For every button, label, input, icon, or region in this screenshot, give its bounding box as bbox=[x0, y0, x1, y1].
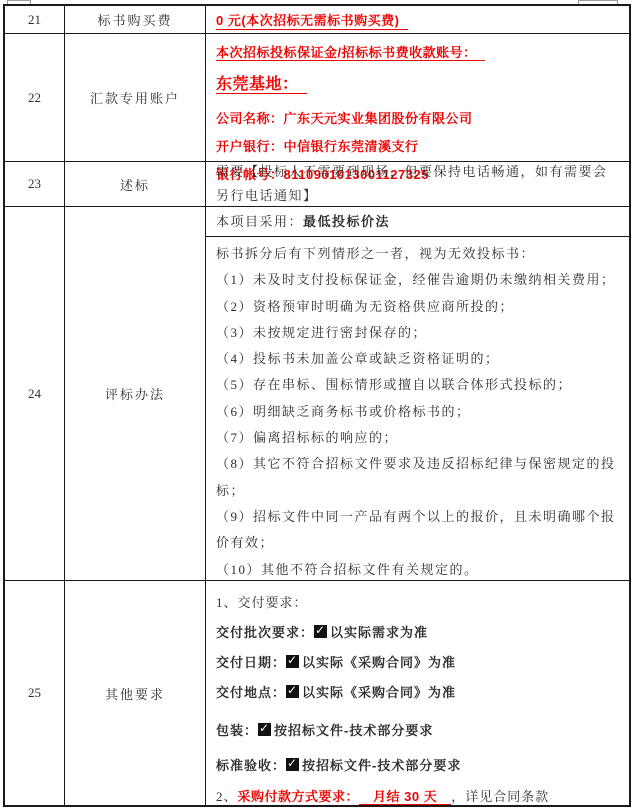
invalid-bid-item: （2）资格预审时明确为无资格供应商所投的； bbox=[216, 294, 619, 320]
method-name: 最低投标价法 bbox=[303, 214, 390, 229]
row-content-cell: 本项目采用：最低投标价法 标书拆分后有下列情形之一者，视为无效投标书： （1）未… bbox=[206, 207, 629, 580]
packaging-line: 包装：按招标文件-技术部分要求 bbox=[216, 720, 619, 742]
invalid-bid-item: （4）投标书未加盖公章或缺乏资格证明的； bbox=[216, 346, 619, 372]
row-number-cell: 23 bbox=[5, 162, 65, 206]
bank-name-line: 开户银行：中信银行东莞清溪支行 bbox=[216, 136, 619, 155]
delivery-place-line: 交付地点：以实际《采购合同》为准 bbox=[216, 682, 619, 704]
base-name: 东莞基地： bbox=[216, 71, 619, 94]
row-label-cell: 标书购买费 bbox=[65, 6, 206, 33]
invalid-bid-item: （6）明细缺乏商务标书或价格标书的； bbox=[216, 399, 619, 425]
table-row-21: 21 标书购买费 0 元(本次招标无需标书购买费) bbox=[5, 6, 629, 33]
checked-checkbox-icon bbox=[286, 655, 299, 668]
payment-terms-line: 2、采购付款方式要求：月结 30 天，详见合同条款 bbox=[216, 786, 619, 808]
delivery-date-line: 交付日期：以实际《采购合同》为准 bbox=[216, 652, 619, 674]
row-label-cell: 述标 bbox=[65, 162, 206, 206]
table-row-22: 22 汇款专用账户 本次招标投标保证金/招标标书费收款账号： 东莞基地： 公司名… bbox=[5, 33, 629, 161]
row-label-cell: 评标办法 bbox=[65, 207, 206, 580]
bid-doc-fee-text: 0 元(本次招标无需标书购买费) bbox=[216, 10, 408, 30]
row-number-cell: 25 bbox=[5, 581, 65, 805]
row-content-cell: 1、交付要求： 交付批次要求：以实际需求为准 交付日期：以实际《采购合同》为准 … bbox=[206, 581, 629, 805]
method-prefix: 本项目采用： bbox=[216, 214, 303, 229]
delivery-batch-line: 交付批次要求：以实际需求为准 bbox=[216, 622, 619, 644]
row-content-cell: 0 元(本次招标无需标书购买费) bbox=[206, 6, 629, 33]
invalid-bid-intro: 标书拆分后有下列情形之一者，视为无效投标书： bbox=[216, 241, 619, 267]
payment-prefix: 2、 bbox=[216, 789, 238, 804]
account-heading: 本次招标投标保证金/招标标书费收款账号： bbox=[216, 42, 619, 61]
row-content-cell: 本次招标投标保证金/招标标书费收款账号： 东莞基地： 公司名称：广东天元实业集团… bbox=[206, 34, 629, 161]
row-number-cell: 21 bbox=[5, 6, 65, 33]
invalid-bid-item: （8）其它不符合招标文件要求及违反招标纪律与保密规定的投标； bbox=[216, 451, 619, 504]
payment-label: 采购付款方式要求： bbox=[238, 789, 360, 804]
invalid-bid-item: （3）未按规定进行密封保存的； bbox=[216, 320, 619, 346]
presentation-note: 需要【投标人不需要到现场，但要保持电话畅通，如有需要会另行电话通知】 bbox=[216, 160, 619, 208]
row-number-cell: 22 bbox=[5, 34, 65, 161]
invalid-bid-item: （1）未及时支付投标保证金，经催告逾期仍未缴纳相关费用； bbox=[216, 267, 619, 293]
table-row-23: 23 述标 需要【投标人不需要到现场，但要保持电话畅通，如有需要会另行电话通知】 bbox=[5, 161, 629, 206]
checked-checkbox-icon bbox=[314, 625, 327, 638]
row-number-cell: 24 bbox=[5, 207, 65, 580]
table-row-25: 25 其他要求 1、交付要求： 交付批次要求：以实际需求为准 交付日期：以实际《… bbox=[5, 580, 629, 805]
table-row-24: 24 评标办法 本项目采用：最低投标价法 标书拆分后有下列情形之一者，视为无效投… bbox=[5, 206, 629, 580]
tender-info-table: 21 标书购买费 0 元(本次招标无需标书购买费) 22 汇款专用账户 本次招标… bbox=[3, 4, 631, 807]
invalid-bid-item: （7）偏离招标标的响应的； bbox=[216, 425, 619, 451]
invalid-bid-list: 标书拆分后有下列情形之一者，视为无效投标书： （1）未及时支付投标保证金，经催告… bbox=[206, 237, 629, 583]
checked-checkbox-icon bbox=[286, 685, 299, 698]
invalid-bid-item: （5）存在串标、围标情形或擅自以联合体形式投标的； bbox=[216, 372, 619, 398]
row-label-cell: 其他要求 bbox=[65, 581, 206, 805]
row-content-cell: 需要【投标人不需要到现场，但要保持电话畅通，如有需要会另行电话通知】 bbox=[206, 162, 629, 206]
checked-checkbox-icon bbox=[258, 723, 271, 736]
company-name-line: 公司名称：广东天元实业集团股份有限公司 bbox=[216, 108, 619, 127]
payment-suffix: ，详见合同条款 bbox=[451, 789, 549, 804]
payment-value: 月结 30 天 bbox=[359, 789, 451, 805]
checked-checkbox-icon bbox=[286, 758, 299, 771]
row-label-cell: 汇款专用账户 bbox=[65, 34, 206, 161]
invalid-bid-item: （9）招标文件中同一产品有两个以上的报价，且未明确哪个报价有效； bbox=[216, 504, 619, 557]
delivery-requirements-heading: 1、交付要求： bbox=[216, 592, 619, 614]
acceptance-line: 标准验收：按招标文件-技术部分要求 bbox=[216, 755, 619, 777]
invalid-bid-item: （10）其他不符合招标文件有关规定的。 bbox=[216, 557, 619, 583]
tender-document-page: 21 标书购买费 0 元(本次招标无需标书购买费) 22 汇款专用账户 本次招标… bbox=[0, 0, 634, 809]
evaluation-method-line: 本项目采用：最低投标价法 bbox=[206, 207, 629, 237]
